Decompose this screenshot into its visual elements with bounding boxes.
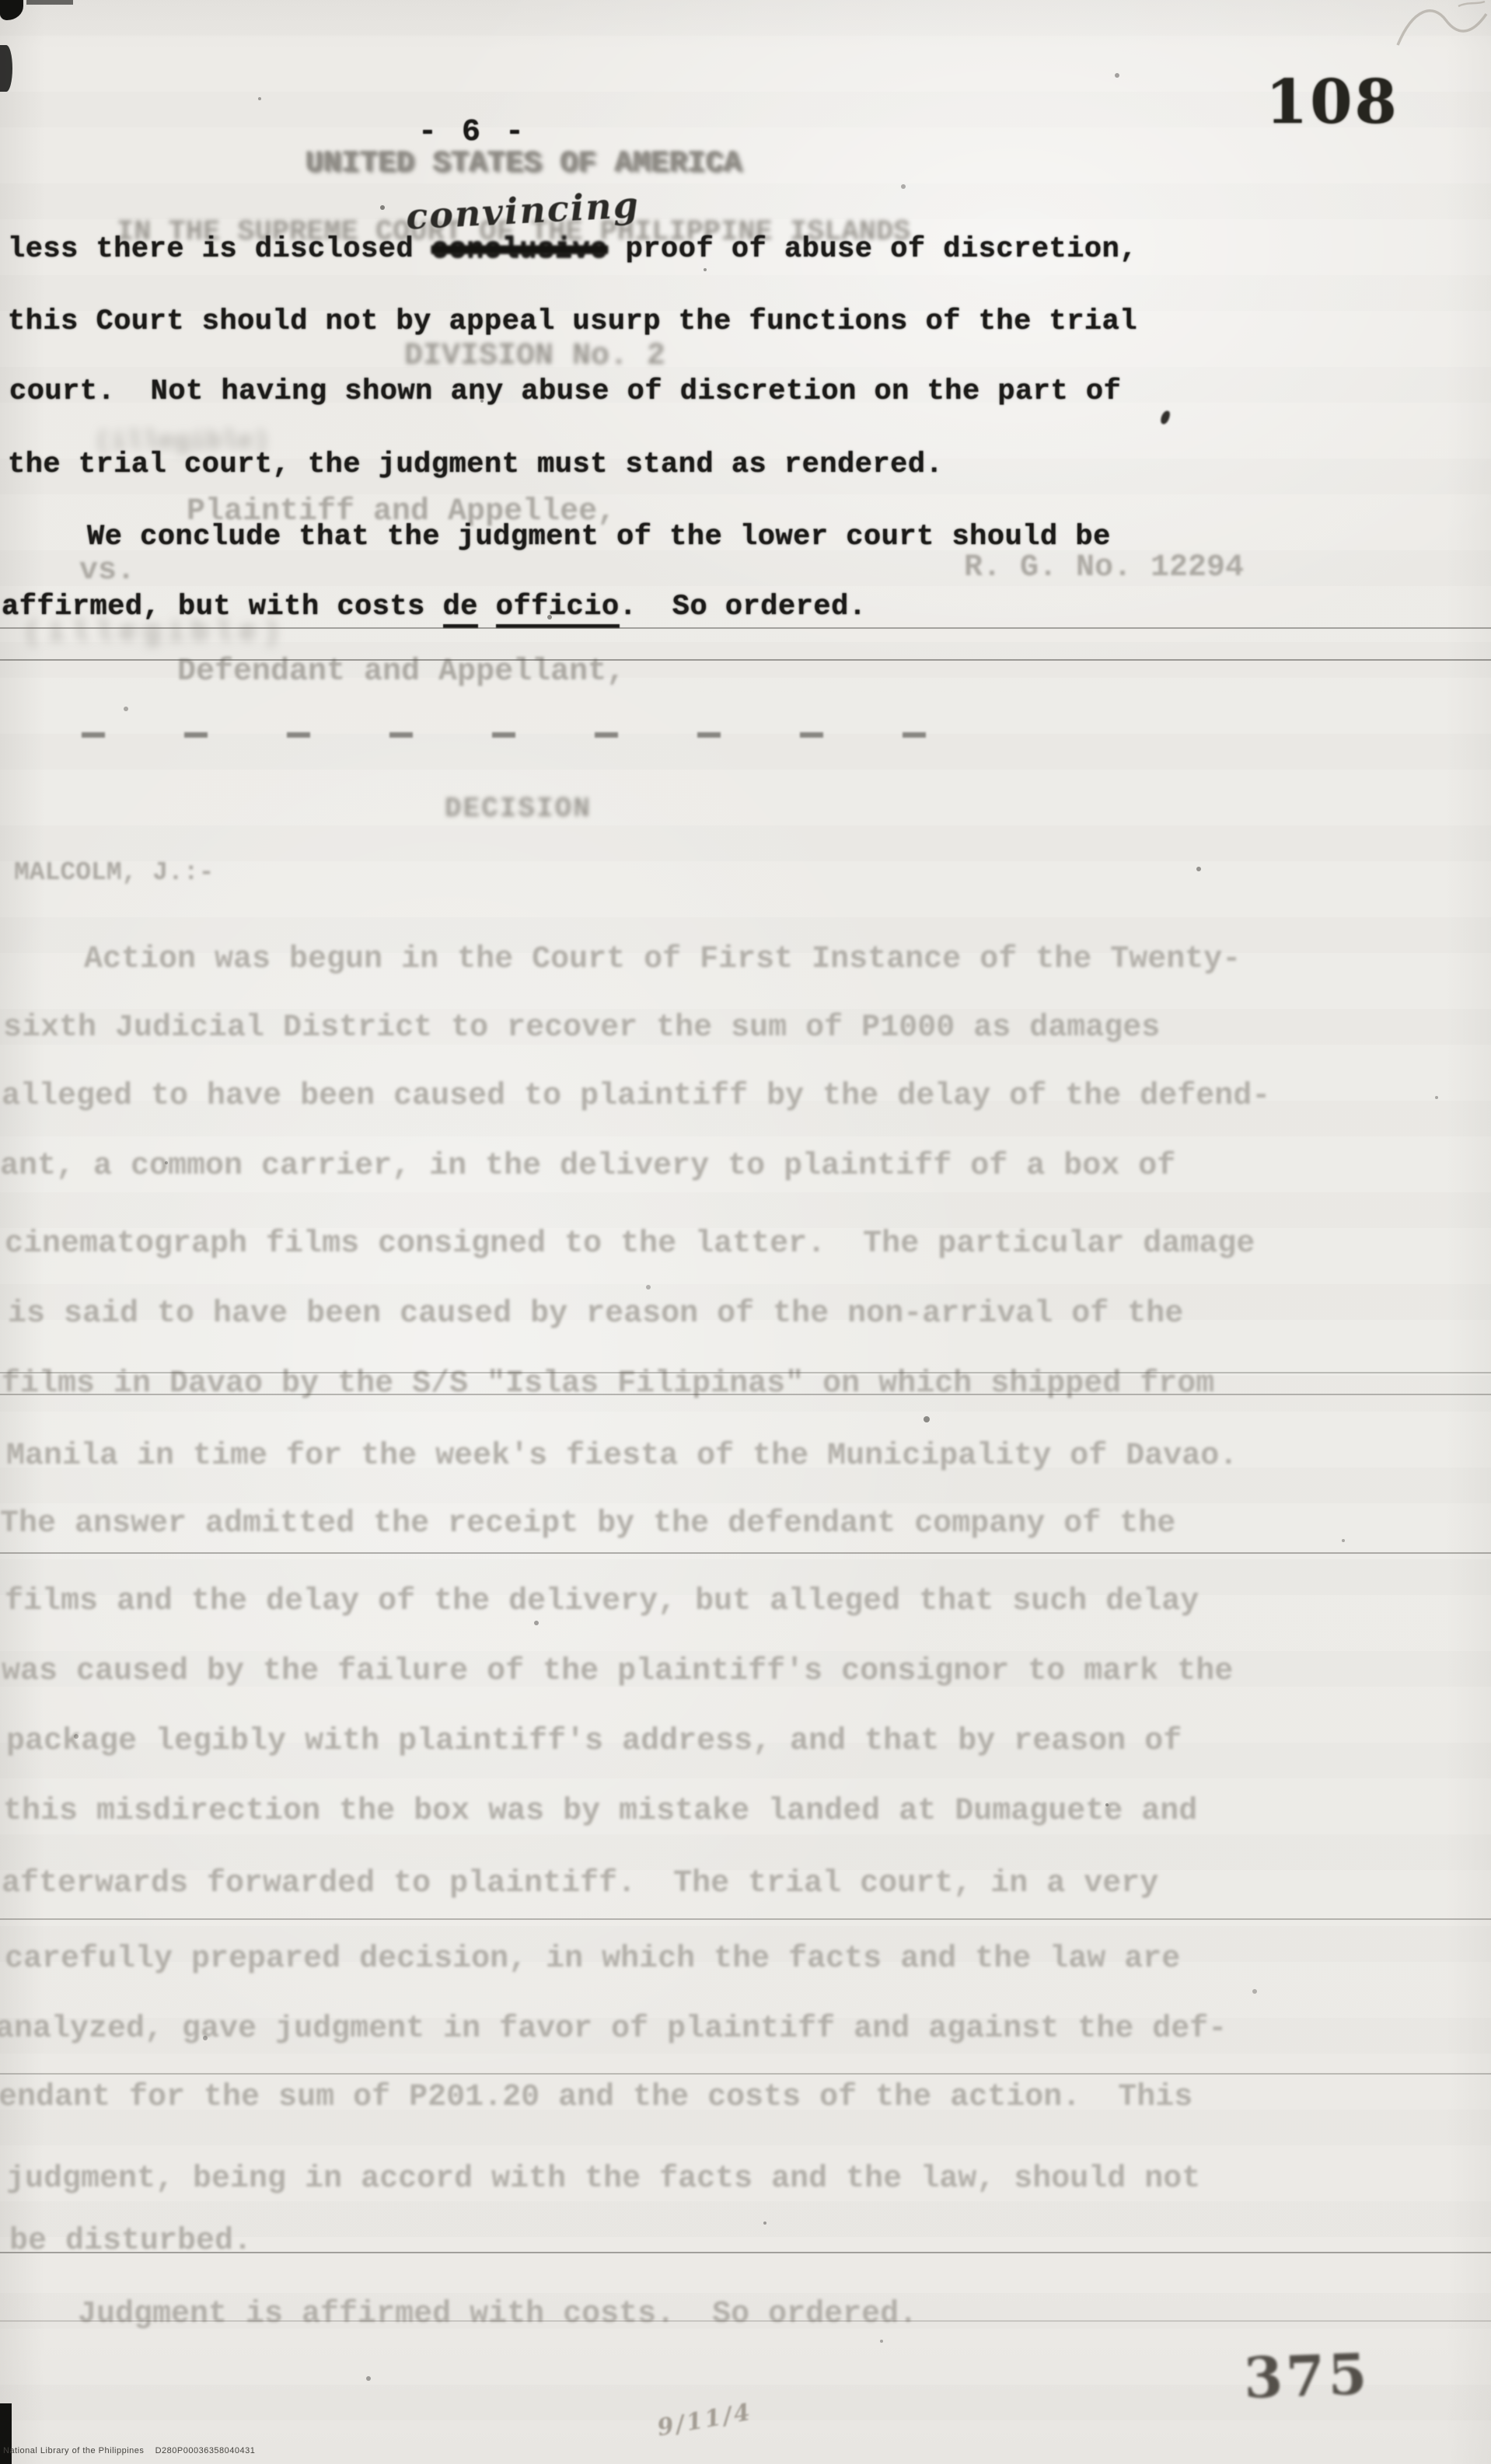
pen-mark-top-right — [1393, 0, 1491, 51]
bleedthrough-line: ant, a common carrier, in the delivery t… — [0, 1149, 1175, 1184]
scan-line — [0, 627, 1491, 629]
ghost-division-line: DIVISION No. 2 — [404, 339, 665, 374]
bleedthrough-line: analyzed, gave judgment in favor of plai… — [0, 2012, 1227, 2047]
page-number-marker: - 6 - — [418, 115, 527, 150]
body-line-2: this Court should not by appeal usurp th… — [8, 305, 1137, 338]
edge-artifact — [26, 0, 73, 5]
line6-gap — [478, 591, 496, 623]
line1-post: proof of abuse of discretion, — [608, 233, 1137, 266]
bleedthrough-line: carefully prepared decision, in which th… — [5, 1942, 1180, 1977]
bleedthrough-line: is said to have been caused by reason of… — [8, 1297, 1183, 1331]
body-line-3: court. Not having shown any abuse of dis… — [9, 375, 1121, 408]
edge-artifact — [0, 0, 23, 20]
bleedthrough-line: afterwards forwarded to plaintiff. The t… — [2, 1866, 1158, 1901]
scan-line — [0, 659, 1491, 661]
library-watermark: National Library of the Philippines D280… — [3, 2446, 255, 2455]
dash-separator — [82, 732, 1003, 738]
bleedthrough-line: be disturbed. — [9, 2224, 252, 2259]
bleedthrough-line: was caused by the failure of the plainti… — [2, 1654, 1233, 1689]
ghost-judge-line: MALCOLM, J.:- — [14, 858, 214, 887]
bleedthrough-line: The answer admitted the receipt by the d… — [0, 1506, 1175, 1541]
bleedthrough-line: Judgment is affirmed with costs. So orde… — [78, 2297, 917, 2332]
underlined-officio: officio — [496, 591, 620, 628]
body-line-5: We conclude that the judgment of the low… — [87, 521, 1111, 553]
ghost-versus: vs. — [79, 553, 135, 588]
line6-post: . So ordered. — [620, 591, 867, 623]
scan-line — [0, 1394, 1491, 1395]
bleedthrough-line: cinematograph films consigned to the lat… — [5, 1227, 1255, 1262]
bleedthrough-line: endant for the sum of P201.20 and the co… — [0, 2080, 1192, 2115]
body-line-1: less there is disclosed conclusive proof… — [8, 233, 1137, 266]
page-stamp-108: 108 — [1266, 67, 1399, 138]
ghost-nation-heading: UNITED STATES OF AMERICA — [305, 146, 742, 180]
scan-line — [0, 1918, 1491, 1920]
line6-pre: affirmed, but with costs — [2, 591, 443, 623]
body-line-4: the trial court, the judgment must stand… — [8, 448, 943, 481]
underlined-de: de — [443, 591, 478, 628]
scan-line — [0, 2073, 1491, 2075]
bleedthrough-line: sixth Judicial District to recover the s… — [3, 1010, 1160, 1045]
bleedthrough-line: judgment, being in accord with the facts… — [6, 2162, 1200, 2197]
scan-line — [0, 2252, 1491, 2253]
scan-line — [0, 1552, 1491, 1554]
edge-artifact — [0, 45, 12, 92]
scan-line — [0, 2320, 1491, 2322]
ink-blot — [1159, 410, 1171, 425]
struck-word: conclusive — [431, 233, 608, 266]
line1-pre: less there is disclosed — [8, 233, 431, 266]
scan-line — [0, 1372, 1491, 1373]
bleedthrough-line: alleged to have been caused to plaintiff… — [2, 1079, 1270, 1114]
page-stamp-375: 375 — [1243, 2340, 1371, 2411]
scanned-document-page: IN THE SUPREME COURT OF THE PHILIPPINE I… — [0, 0, 1491, 2464]
bleedthrough-line: films and the delay of the delivery, but… — [5, 1584, 1199, 1619]
bleedthrough-line: this misdirection the box was by mistake… — [3, 1794, 1197, 1829]
bleedthrough-line: Manila in time for the week's fiesta of … — [6, 1439, 1238, 1474]
ghost-case-number: R. G. No. 12294 — [964, 550, 1244, 585]
handwritten-bottom-note: 9/11/4 — [655, 2399, 755, 2442]
bleedthrough-line: Action was begun in the Court of First I… — [84, 942, 1241, 977]
bleedthrough-line: package legibly with plaintiff's address… — [6, 1724, 1182, 1759]
body-line-6: affirmed, but with costs de officio. So … — [2, 591, 867, 623]
ghost-decision-heading: DECISION — [445, 793, 592, 825]
